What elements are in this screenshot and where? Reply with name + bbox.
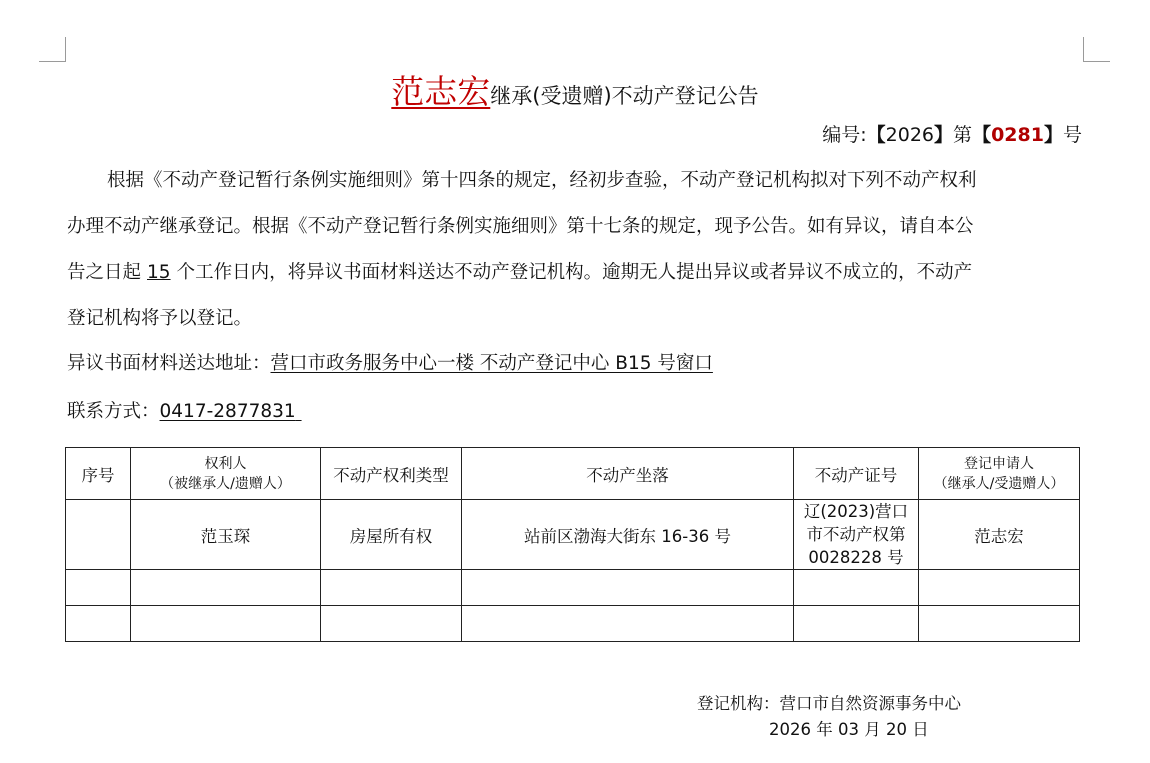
cell-seq <box>66 500 131 570</box>
bracket: 】 <box>1044 124 1063 146</box>
body-line-1: 根据《不动产登记暂行条例实施细则》第十四条的规定，经初步查验，不动产登记机构拟对… <box>67 166 1083 192</box>
announcement-date: 2026 年 03 月 20 日 <box>697 716 961 740</box>
address-label: 异议书面材料送达地址： <box>67 353 271 374</box>
title-text: 继承(受遗赠)不动产登记公告 <box>490 84 758 108</box>
contact-info: 联系方式：0417-2877831 <box>67 397 302 423</box>
header-cert-no: 不动产证号 <box>794 448 919 500</box>
title-applicant-name: 范志宏 <box>391 72 490 111</box>
doc-number-di: 第 <box>953 124 972 146</box>
table-row: 范玉琛 房屋所有权 站前区渤海大街东 16-36 号 辽(2023)营口 市不动… <box>66 500 1080 570</box>
header-applicant: 登记申请人（继承人/受遗赠人） <box>919 448 1080 500</box>
org-label: 登记机构： <box>697 694 780 713</box>
cell-location: 站前区渤海大街东 16-36 号 <box>462 500 794 570</box>
cell-applicant: 范志宏 <box>919 500 1080 570</box>
table-row <box>66 606 1080 642</box>
page-corner-mark-top-right <box>1083 37 1110 62</box>
bracket: 】 <box>934 124 953 146</box>
doc-number-label: 编号: <box>822 124 866 146</box>
cell-right-holder: 范玉琛 <box>131 500 321 570</box>
body-line-3: 告之日起15个工作日内，将异议书面材料送达不动产登记机构。逾期无人提出异议或者异… <box>67 258 1083 284</box>
table-header-row: 序号 权利人（被继承人/遗赠人） 不动产权利类型 不动产坐落 不动产证号 登记申… <box>66 448 1080 500</box>
address-value: 营口市政务服务中心一楼 不动产登记中心 B15 号窗口 <box>271 353 713 374</box>
cell-cert-no: 辽(2023)营口 市不动产权第 0028228 号 <box>794 500 919 570</box>
table-row <box>66 570 1080 606</box>
org-name: 营口市自然资源事务中心 <box>780 694 962 713</box>
page-title: 范志宏继承(受遗赠)不动产登记公告 <box>0 66 1150 113</box>
body-line-2: 办理不动产继承登记。根据《不动产登记暂行条例实施细则》第十七条的规定，现予公告。… <box>67 212 1083 238</box>
bracket: 【 <box>867 124 886 146</box>
doc-number-year: 2026 <box>886 124 934 146</box>
header-right-type: 不动产权利类型 <box>321 448 462 500</box>
body-line-4: 登记机构将予以登记。 <box>67 304 1083 330</box>
contact-label: 联系方式： <box>67 401 160 422</box>
objection-days: 15 <box>141 262 177 283</box>
registration-table: 序号 权利人（被继承人/遗赠人） 不动产权利类型 不动产坐落 不动产证号 登记申… <box>65 447 1080 642</box>
header-location: 不动产坐落 <box>462 448 794 500</box>
cell-right-type: 房屋所有权 <box>321 500 462 570</box>
contact-phone: 0417-2877831 <box>160 401 296 422</box>
header-right-holder: 权利人（被继承人/遗赠人） <box>131 448 321 500</box>
body-line-3-end: 个工作日内，将异议书面材料送达不动产登记机构。逾期无人提出异议或者异议不成立的，… <box>177 262 973 283</box>
bracket: 【 <box>972 124 991 146</box>
document-number: 编号:【2026】第【0281】号 <box>822 120 1082 147</box>
body-line-3-start: 告之日起 <box>67 262 141 283</box>
footer-signature: 登记机构：营口市自然资源事务中心 2026 年 03 月 20 日 <box>697 690 961 740</box>
doc-number-value: 0281 <box>991 124 1044 146</box>
doc-number-suffix: 号 <box>1063 124 1082 146</box>
objection-address: 异议书面材料送达地址：营口市政务服务中心一楼 不动产登记中心 B15 号窗口 <box>67 349 713 375</box>
header-seq: 序号 <box>66 448 131 500</box>
page-corner-mark-top-left <box>39 37 66 62</box>
